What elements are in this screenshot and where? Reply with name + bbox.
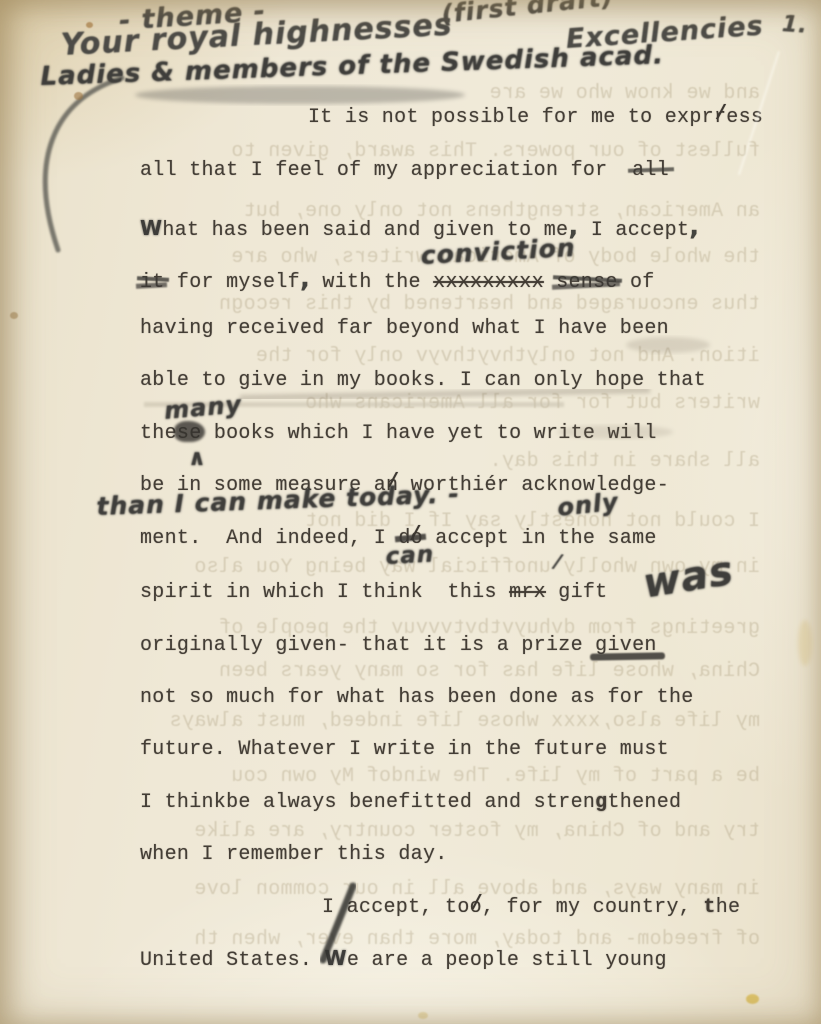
- typed-line: originally given- that it is a prize giv…: [140, 634, 657, 657]
- ghost-line: try and of China, my foster country, are…: [60, 820, 760, 843]
- stain: [10, 312, 18, 319]
- typed-line: It is not possible for me to exprress: [308, 106, 763, 129]
- typed-line: when I remember this day.: [140, 843, 448, 866]
- typed-segment: United States.: [140, 949, 325, 972]
- typed-line: it for myself, with the xxxxxxxxx sense …: [140, 264, 655, 294]
- typed-segment: I accept: [579, 219, 690, 242]
- typed-segment: books which I have yet to write will: [202, 422, 657, 445]
- typed-segment: when I remember this day.: [140, 843, 448, 866]
- handwritten-annotation: many: [163, 390, 243, 425]
- edited-segment-hwc: ,: [689, 212, 699, 242]
- stain: [746, 994, 759, 1004]
- edited-segment-slash: r: [714, 106, 726, 129]
- ghost-line: all share in this day.: [60, 450, 760, 473]
- typed-segment: all that I feel of my appreciation for: [140, 159, 632, 182]
- ghost-line: my life also,xxxx whose life indeed, mus…: [60, 710, 760, 733]
- typed-segment: with the: [310, 271, 433, 294]
- handwritten-annotation: 1.: [781, 12, 808, 39]
- typed-segment: future. Whatever I write in the future m…: [140, 738, 669, 761]
- typed-segment: I thinkbe always benefitted and stren: [140, 791, 595, 814]
- typed-segment: originally given- that it is a prize: [140, 634, 595, 657]
- edited-segment-boldov: t: [703, 896, 715, 919]
- typed-segment: of: [618, 271, 655, 294]
- typed-segment: thened: [607, 791, 681, 814]
- typed-segment: the: [140, 422, 177, 445]
- edited-segment-punder: given: [595, 634, 657, 657]
- typed-segment: he: [716, 896, 741, 919]
- document-page: and we know who we arefullest of our pow…: [0, 0, 821, 1024]
- edited-segment-xout: xxxxxxxxx: [433, 271, 544, 294]
- ghost-line: China, whose life has for so many years …: [60, 660, 760, 683]
- stain: [798, 620, 812, 666]
- typed-line: having received far beyond what I have b…: [140, 317, 669, 340]
- typed-segment: ment. And indeed, I: [140, 527, 398, 550]
- typed-line: able to give in my books. I can only hop…: [140, 369, 706, 392]
- typed-line: I accept, too, for my country, the: [322, 896, 740, 919]
- edited-segment-boldov: g: [595, 791, 607, 814]
- typed-line: all that I feel of my appreciation for a…: [140, 159, 669, 182]
- edited-segment-blot: se: [177, 422, 202, 445]
- typed-line: spirit in which I think this mrx gift: [140, 581, 607, 604]
- typed-line: these books which I have yet to write wi…: [140, 422, 657, 445]
- typed-line: future. Whatever I write in the future m…: [140, 738, 669, 761]
- edited-segment-hwc: ,: [300, 264, 310, 294]
- typed-segment: having received far beyond what I have b…: [140, 317, 669, 340]
- typed-segment: , for my country,: [482, 896, 703, 919]
- ghost-line: be a part of my life. The windof My own …: [60, 765, 760, 788]
- typed-segment: spirit in which I think this: [140, 581, 509, 604]
- stain: [418, 1012, 428, 1019]
- typed-segment: e are a people still young: [347, 949, 667, 972]
- typed-line: What has been said and given to me, I ac…: [140, 212, 699, 242]
- ghost-line: ition. And not onlythvythvyv only for th…: [60, 345, 760, 368]
- typed-line: not so much for what has been done as fo…: [140, 686, 694, 709]
- ghost-line: thus encouraged and heartened by this re…: [60, 293, 760, 316]
- typed-segment: I accept, to: [322, 896, 470, 919]
- edited-segment-pstrike: all: [632, 159, 669, 182]
- edited-segment-xout: mrx: [509, 581, 546, 604]
- typed-line: I thinkbe always benefitted and strength…: [140, 791, 681, 814]
- typed-segment: ess: [726, 106, 763, 129]
- edited-segment-pscrib: it: [140, 271, 165, 294]
- typed-segment: able to give in my books. I can only hop…: [140, 369, 706, 392]
- edited-segment-hww: W: [325, 946, 347, 970]
- edited-segment-slash: o: [470, 896, 482, 919]
- typed-segment: It is not possible for me to expr: [308, 106, 714, 129]
- edited-segment-pscrib: sense: [556, 271, 618, 294]
- edited-segment-hww: W: [140, 216, 162, 240]
- typed-segment: not so much for what has been done as fo…: [140, 686, 694, 709]
- typed-segment: gift: [546, 581, 608, 604]
- typed-segment: for myself: [165, 271, 300, 294]
- typed-segment: accept in the same: [423, 527, 657, 550]
- typed-line: United States. We are a people still you…: [140, 946, 667, 972]
- handwritten-annotation: can: [385, 541, 435, 570]
- handwritten-annotation: ∧: [188, 446, 207, 471]
